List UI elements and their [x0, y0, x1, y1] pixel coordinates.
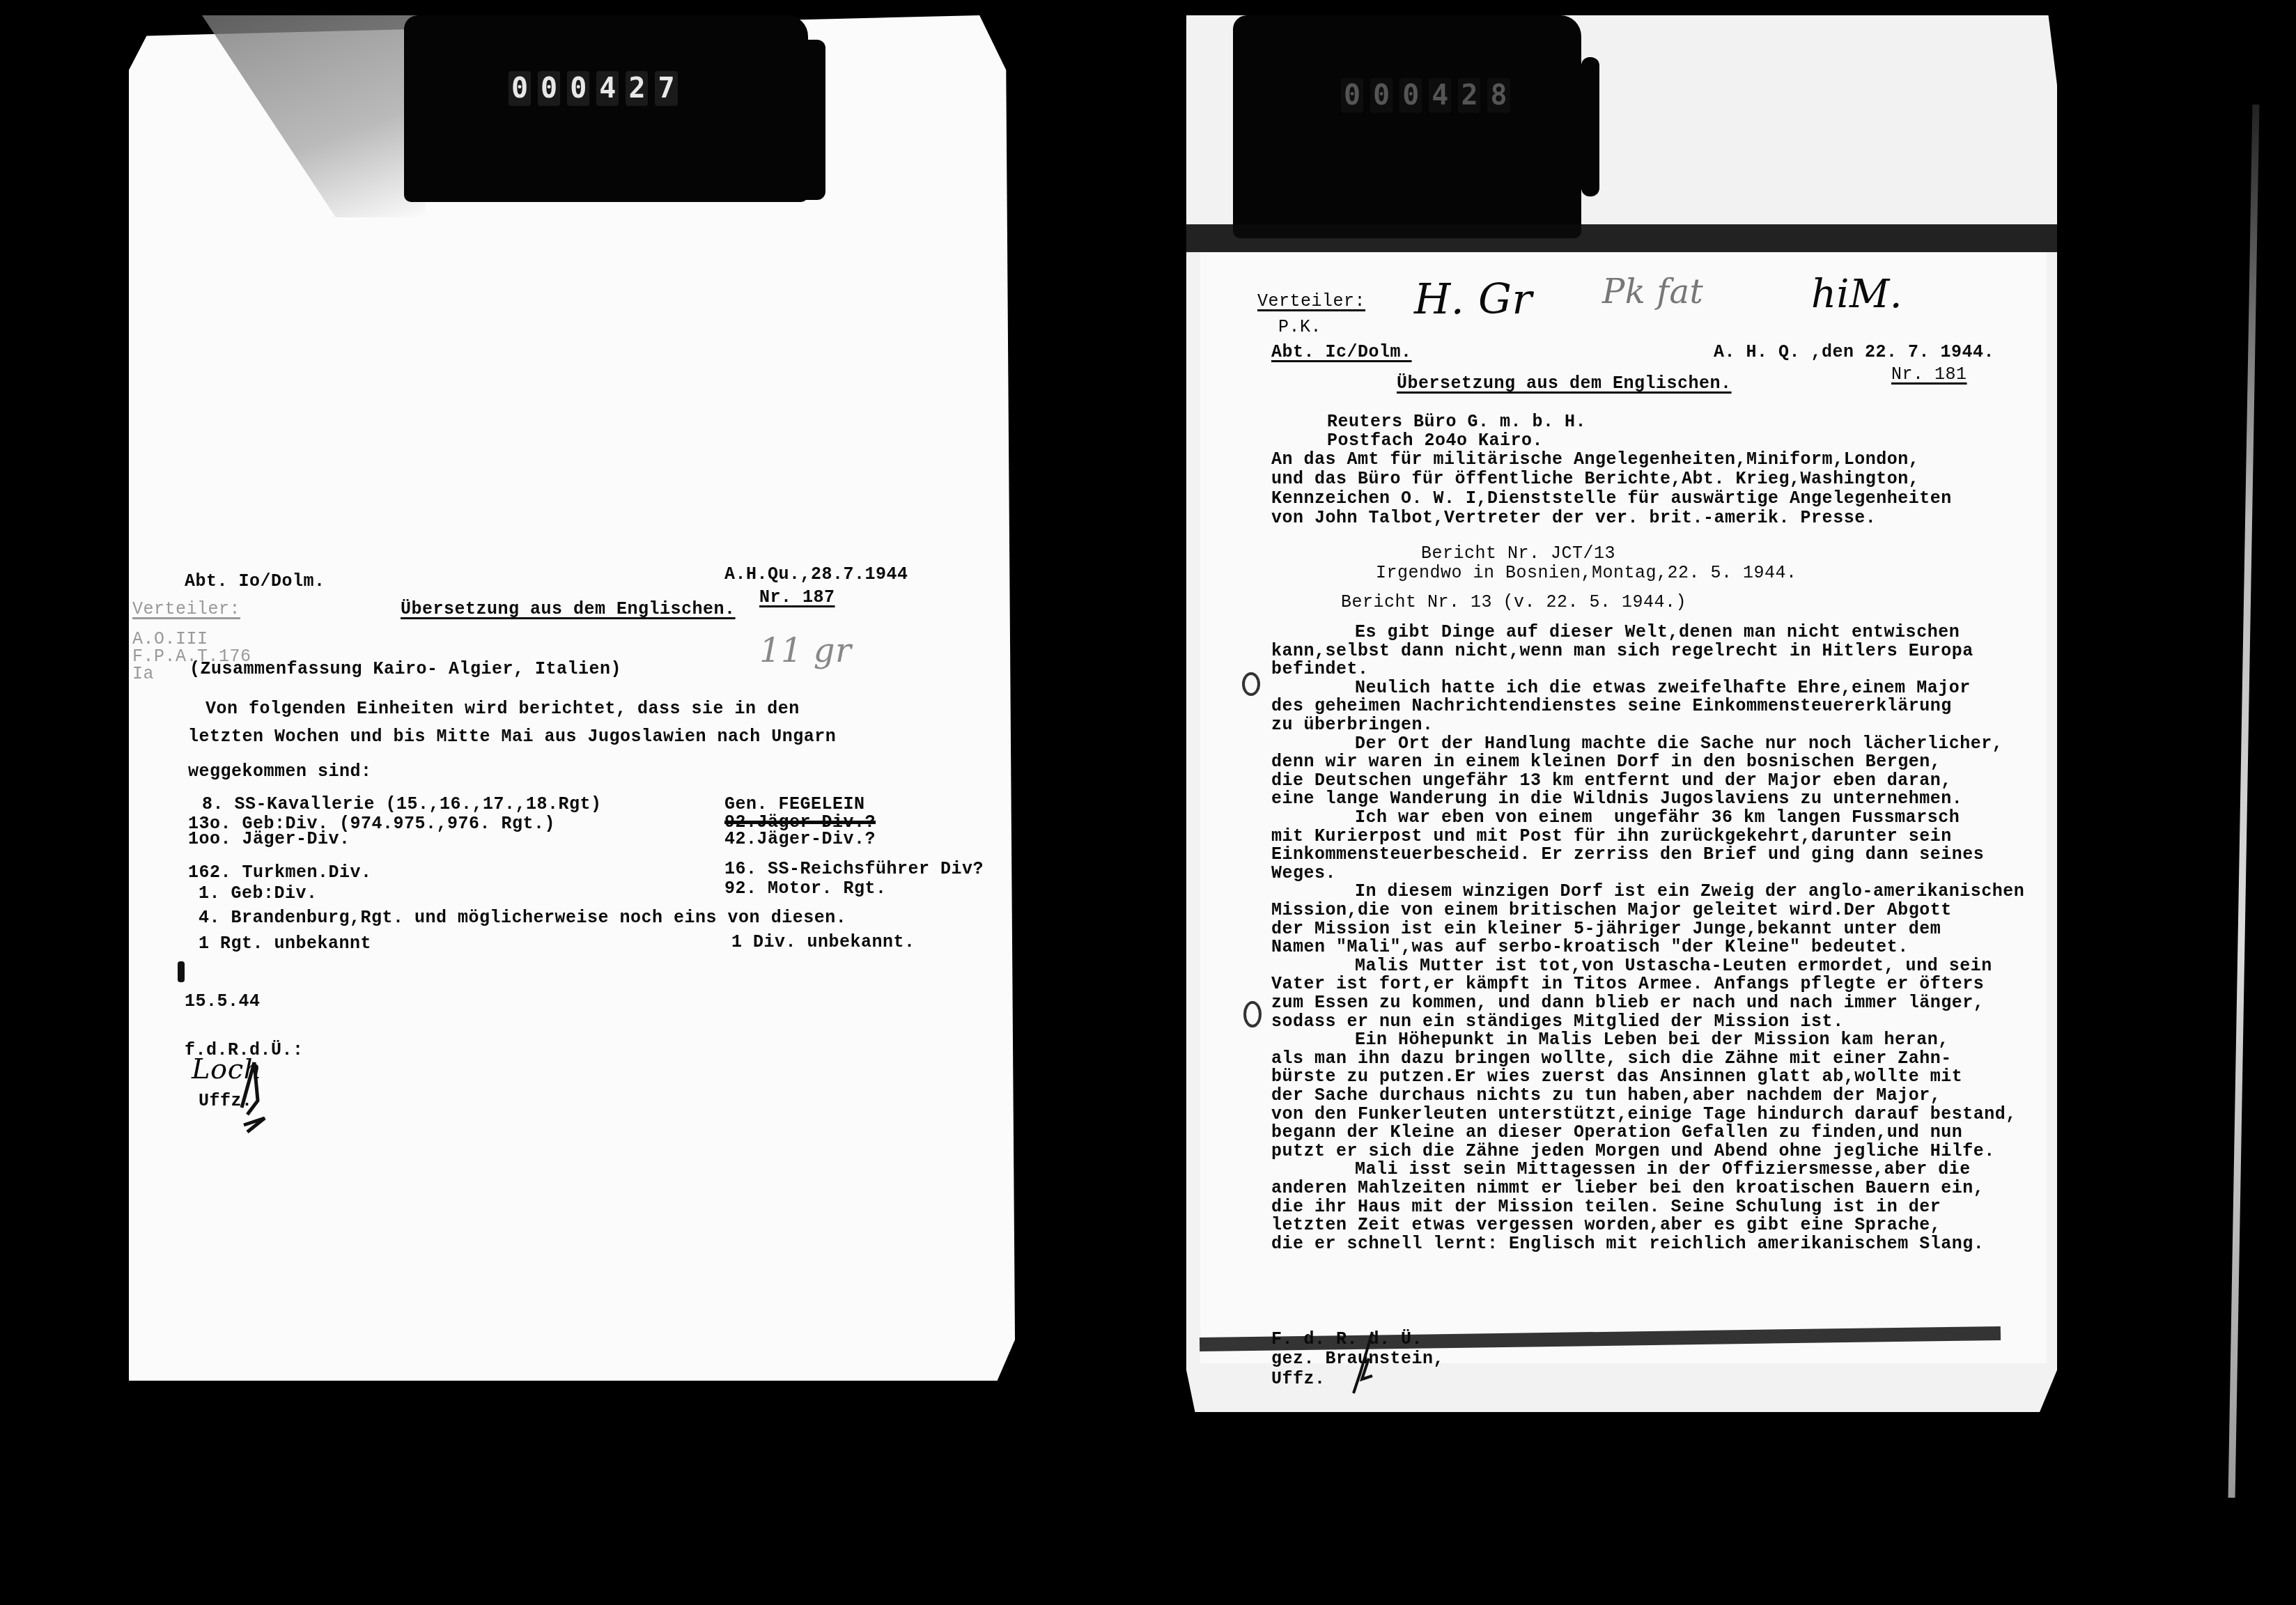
counter-digits: 0 0 0 4 2 7: [509, 71, 678, 106]
counter-digit: 0: [1370, 78, 1393, 113]
counter-digit: 4: [596, 71, 619, 106]
department: Abt. Ic/Dolm.: [1271, 343, 1412, 361]
document-title: Übersetzung aus dem Englischen.: [1397, 375, 1732, 392]
intro-line: Von folgenden Einheiten wird berichtet, …: [205, 700, 800, 718]
handwritten-note: Pk fat: [1602, 275, 1703, 309]
body-line: Namen "Mali",was auf serbo-kroatisch "de…: [1271, 938, 1909, 956]
left-document-page: [129, 15, 1015, 1381]
punch-mark: [178, 961, 185, 982]
body-line: Mali isst sein Mittagessen in der Offizi…: [1355, 1161, 1971, 1178]
counter-wheel-icon: [1581, 57, 1599, 196]
document-number: Nr. 187: [759, 589, 835, 606]
signature-block: F. d. R. d. Ü.: [1271, 1331, 1422, 1348]
counter-digit: 2: [626, 71, 648, 106]
body-line: zum Essen zu kommen, und dann blieb er n…: [1271, 994, 1984, 1011]
body-line: In diesem winzigen Dorf ist ein Zweig de…: [1355, 883, 2024, 900]
sender-line: Postfach 2o4o Kairo.: [1327, 432, 1543, 449]
distribution-label: Verteiler:: [1257, 293, 1365, 310]
place-date: A. H. Q. ,den 22. 7. 1944.: [1714, 343, 1994, 361]
counter-digit: 0: [1399, 78, 1422, 113]
initials-scribble-icon: [1348, 1331, 1383, 1400]
right-frame-counter: 0 0 0 4 2 8: [1233, 15, 1581, 238]
body-line: Weges.: [1271, 864, 1336, 882]
address-line: Kennzeichen O. W. I,Dienststelle für aus…: [1271, 490, 1952, 507]
intro-line: letzten Wochen und bis Mitte Mai aus Jug…: [188, 728, 836, 745]
body-line: von den Funkerleuten unterstützt,einige …: [1271, 1106, 2017, 1123]
counter-digit: 0: [567, 71, 589, 106]
punch-hole-icon: [1242, 672, 1260, 696]
body-line: Mission,die von einem britischen Major g…: [1271, 901, 1952, 919]
distribution-item: P.K.: [1278, 318, 1321, 336]
body-line: Vater ist fort,er kämpft in Titos Armee.…: [1271, 975, 1984, 993]
body-line: Ich war eben von einem ungefähr 36 km la…: [1355, 809, 1960, 826]
body-line: kann,selbst dann nicht,wenn man sich reg…: [1271, 642, 1973, 660]
body-line: Neulich hatte ich die etwas zweifelhafte…: [1355, 679, 1971, 697]
counter-digits: 0 0 0 4 2 8: [1341, 78, 1510, 113]
body-line: befindet.: [1271, 660, 1369, 678]
body-line: letzten Zeit etwas vergessen worden,aber…: [1271, 1216, 1941, 1234]
body-line: der Mission ist ein kleiner 5-jähriger J…: [1271, 920, 1941, 938]
sender-line: Reuters Büro G. m. b. H.: [1327, 413, 1586, 431]
report-reference: Bericht Nr. JCT/13: [1421, 545, 1615, 562]
report-place: Irgendwo in Bosnien,Montag,22. 5. 1944.: [1376, 564, 1797, 582]
document-title: Übersetzung aus dem Englischen.: [401, 600, 736, 618]
address-line: von John Talbot,Vertreter der ver. brit.…: [1271, 509, 1876, 527]
left-frame-counter: 0 0 0 4 2 7: [404, 15, 808, 202]
body-line: Es gibt Dinge auf dieser Welt,denen man …: [1355, 623, 1960, 641]
handwritten-note: H. Gr: [1414, 279, 1533, 320]
body-line: die er schnell lernt: Englisch mit reich…: [1271, 1235, 1984, 1253]
place-date: A.H.Qu.,28.7.1944: [724, 566, 908, 583]
counter-digit: 4: [1429, 78, 1451, 113]
unknown-division: 1 Div. unbekannt.: [731, 933, 915, 951]
body-line: denn wir waren in einem kleinen Dorf in …: [1271, 753, 1941, 770]
unit-left: 162. Turkmen.Div.: [188, 864, 372, 881]
document-number: Nr. 181: [1891, 366, 1967, 383]
handwritten-note: hiM.: [1811, 275, 1902, 314]
body-line: die ihr Haus mit der Mission teilen. Sei…: [1271, 1198, 1941, 1216]
unknown-regiment: 1 Rgt. unbekannt: [199, 935, 371, 952]
report-heading: Bericht Nr. 13 (v. 22. 5. 1944.): [1341, 594, 1686, 611]
counter-digit: 0: [1341, 78, 1363, 113]
counter-digit: 8: [1487, 78, 1510, 113]
distribution-label: Verteiler:: [132, 600, 240, 618]
counter-digit: 2: [1458, 78, 1480, 113]
unit-left: 1. Geb:Div.: [199, 885, 318, 902]
distribution-item: A.O.III: [132, 630, 208, 648]
body-line: Ein Höhepunkt in Malis Leben bei der Mis…: [1355, 1031, 1949, 1048]
unit-right: Gen. FEGELEIN: [724, 796, 865, 813]
address-line: An das Amt für militärische Angelegenhei…: [1271, 451, 1919, 468]
initials-scribble-icon: [233, 1059, 275, 1135]
unit-left: 8. SS-Kavallerie (15.,16.,17.,18.Rgt): [202, 796, 602, 813]
department: Abt. Io/Dolm.: [185, 573, 325, 590]
body-line: Einkommensteuerbescheid. Er zerriss den …: [1271, 846, 1984, 863]
distribution-item: Ia: [132, 665, 154, 683]
counter-digit: 0: [538, 71, 560, 106]
adjacent-page-edge: [2228, 104, 2260, 1498]
address-line: und das Büro für öffentliche Berichte,Ab…: [1271, 470, 1919, 488]
document-date: 15.5.44: [185, 993, 261, 1010]
body-line: sodass er nun ein ständiges Mitglied der…: [1271, 1013, 1844, 1030]
unit-right: 42.Jäger-Div.?: [724, 830, 876, 848]
body-line: des geheimen Nachrichtendienstes seine E…: [1271, 697, 1952, 715]
margin-note: 11 gr: [759, 634, 852, 667]
body-line: bürste zu putzen.Er wies zuerst das Ansi…: [1271, 1068, 1962, 1085]
body-line: Der Ort der Handlung machte die Sache nu…: [1355, 735, 2003, 752]
document-subtitle: (Zusammenfassung Kairo- Algier, Italien): [189, 660, 621, 678]
rank: Uffz.: [1271, 1370, 1326, 1388]
body-line: Malis Mutter ist tot,von Ustascha-Leuten…: [1355, 957, 1992, 975]
unit-right: 16. SS-Reichsführer Div?: [724, 860, 984, 878]
intro-line: weggekommen sind:: [188, 763, 372, 780]
body-line: anderen Mahlzeiten nimmt er lieber bei d…: [1271, 1179, 1984, 1197]
body-line: als man ihn dazu bringen wollte, sich di…: [1271, 1050, 1952, 1067]
sheet-shadow: [1186, 224, 2057, 252]
unit-right: 92. Motor. Rgt.: [724, 880, 887, 897]
counter-digit: 7: [655, 71, 677, 106]
body-line: mit Kurierpost und mit Post für ihn zurü…: [1271, 828, 1952, 845]
counter-digit: 0: [509, 71, 531, 106]
brandenburg-line: 4. Brandenburg,Rgt. und möglicherweise n…: [199, 909, 846, 926]
body-line: zu überbringen.: [1271, 716, 1434, 734]
body-line: begann der Kleine an dieser Operation Ge…: [1271, 1124, 1962, 1141]
unit-left: 1oo. Jäger-Div.: [188, 830, 350, 848]
punch-hole-icon: [1243, 1001, 1262, 1028]
counter-wheel-icon: [798, 40, 825, 200]
body-line: putzt er sich die Zähne jeden Morgen und…: [1271, 1142, 1995, 1160]
body-line: eine lange Wanderung in die Wildnis Jugo…: [1271, 790, 1962, 807]
body-line: der Sache durchaus nichts zu tun haben,a…: [1271, 1087, 1941, 1104]
body-line: die Deutschen ungefähr 13 km entfernt un…: [1271, 772, 1952, 789]
